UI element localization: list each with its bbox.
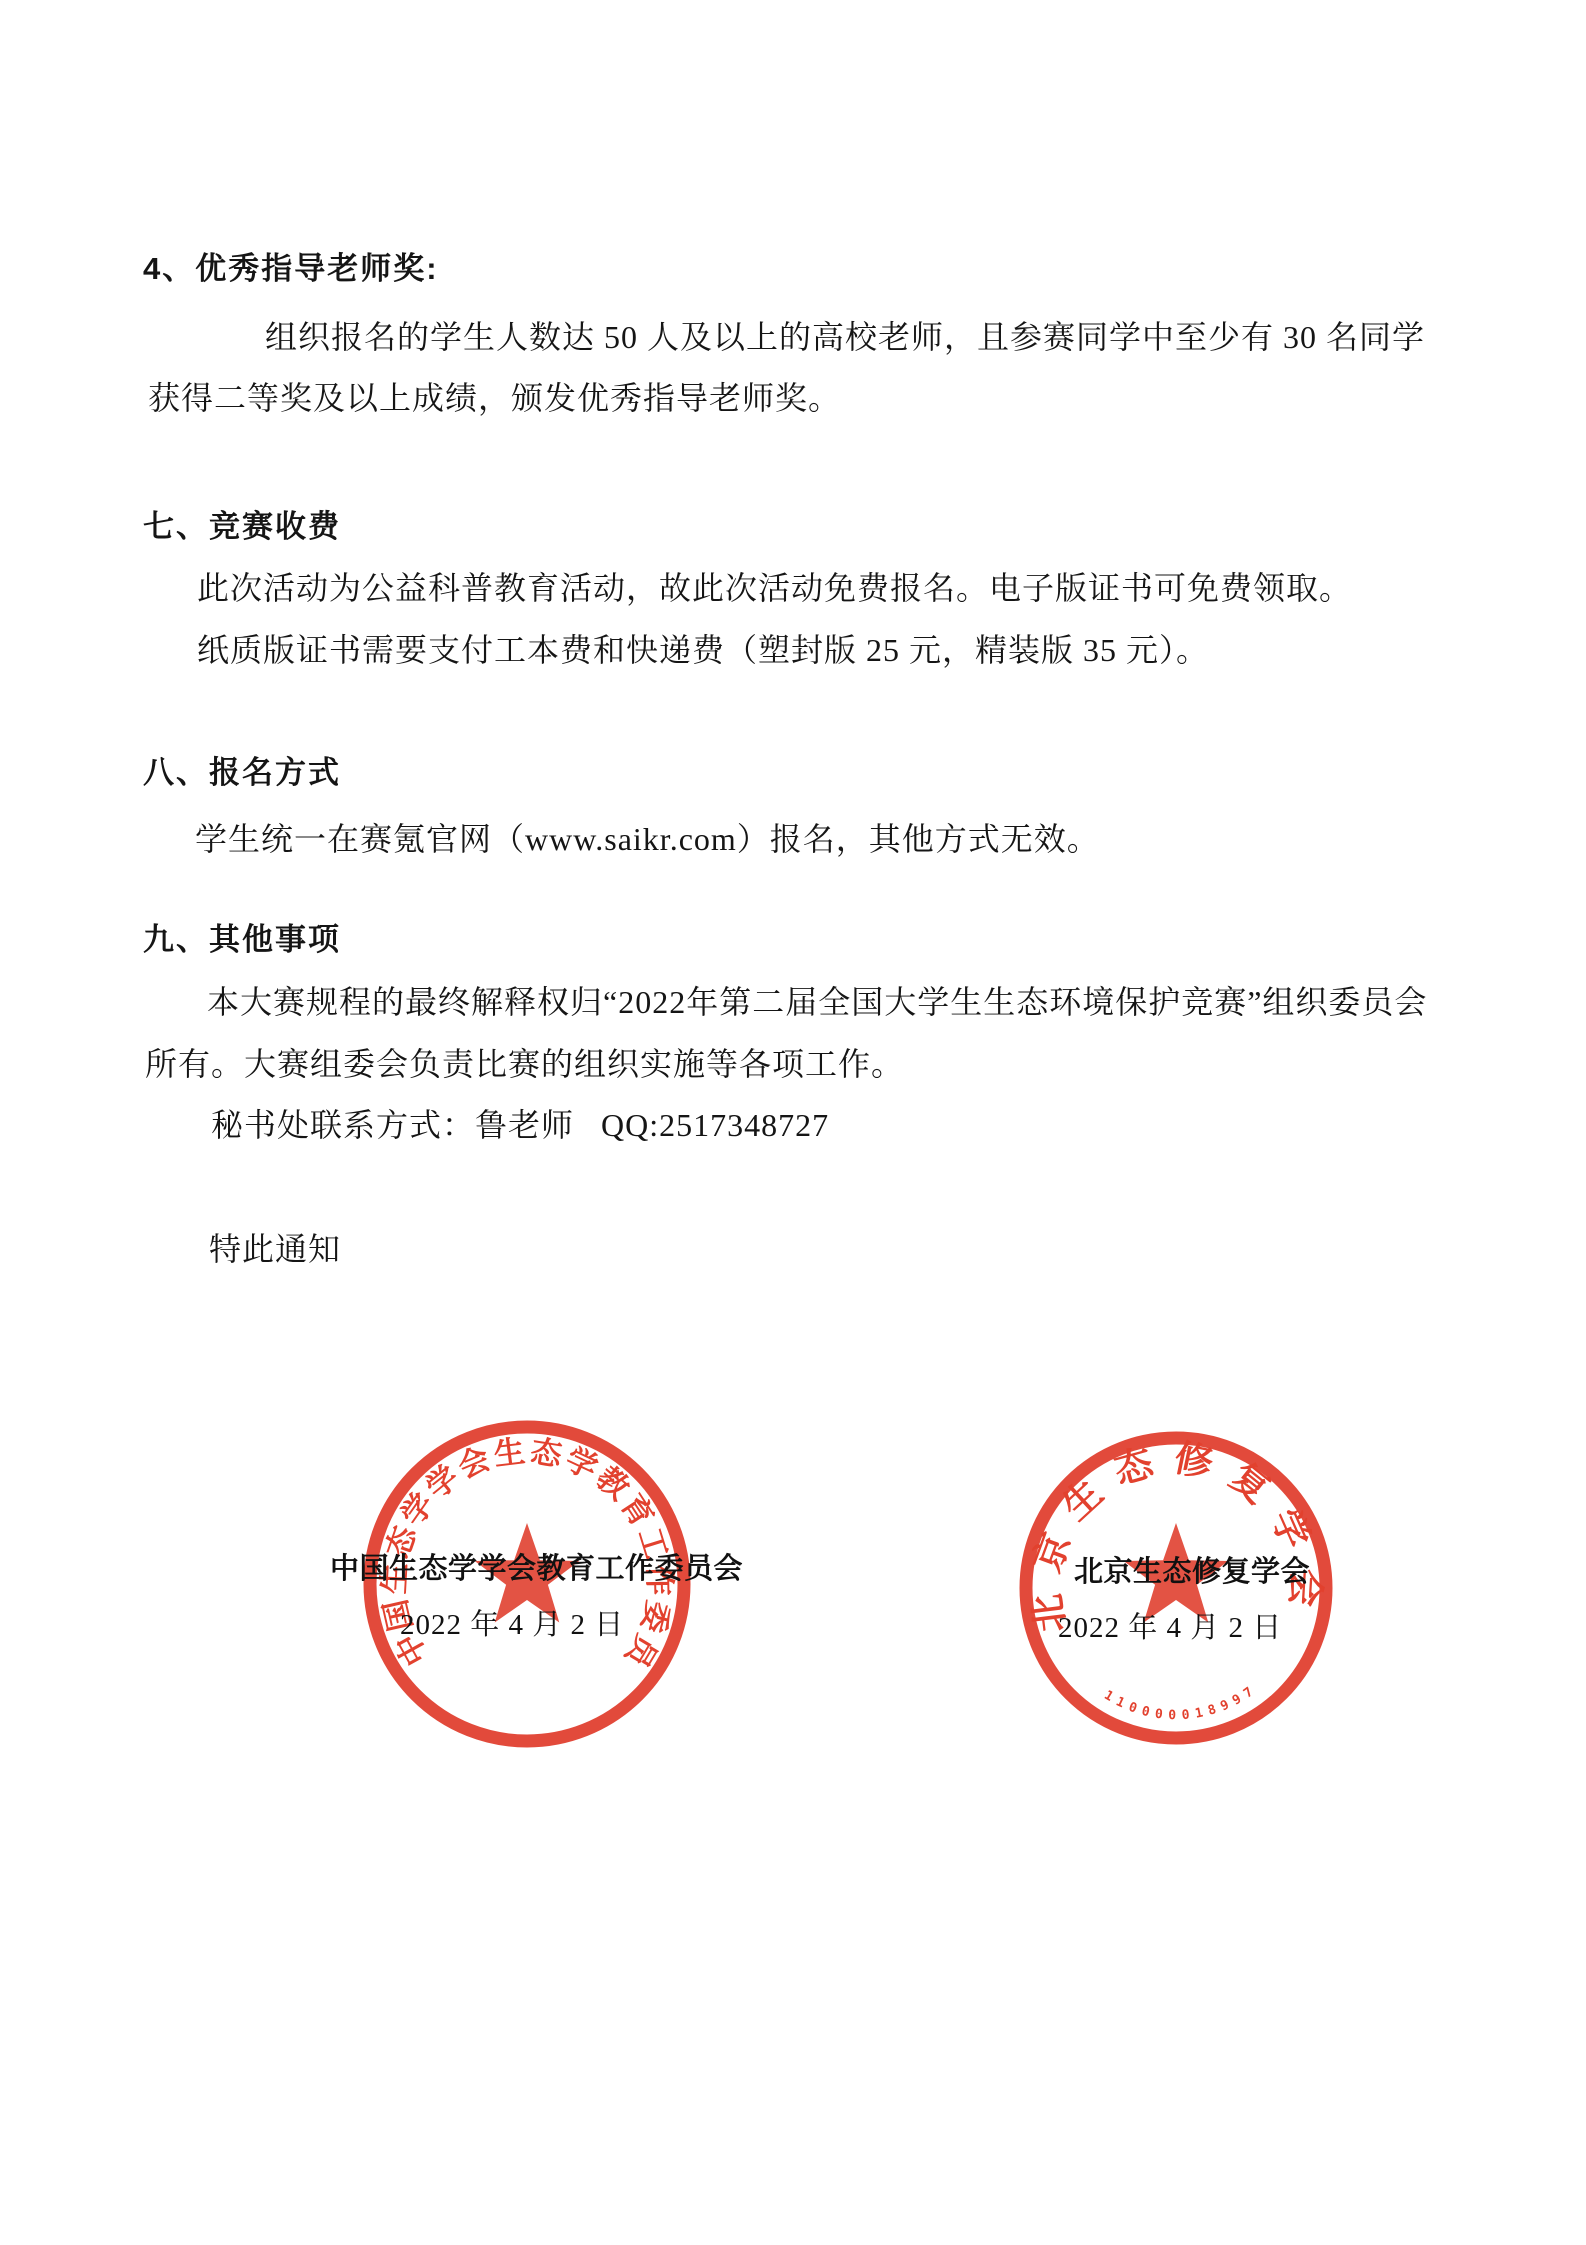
- fees-section-heading: 七、竞赛收费: [143, 510, 341, 544]
- fees-paragraph-line1: 此次活动为公益科普教育活动，故此次活动免费报名。电子版证书可免费领取。: [197, 571, 1352, 606]
- other-paragraph-line2: 所有。大赛组委会负责比赛的组织实施等各项工作。: [145, 1047, 904, 1082]
- award-paragraph-line2: 获得二等奖及以上成绩，颁发优秀指导老师奖。: [148, 381, 841, 416]
- right-signer-org-name: 北京生态修复学会: [1074, 1549, 1310, 1590]
- left-signer-date: 2022 年 4 月 2 日: [400, 1602, 624, 1643]
- award-paragraph-line1: 组织报名的学生人数达 50 人及以上的高校老师，且参赛同学中至少有 30 名同学: [265, 320, 1425, 355]
- document-page: 4、优秀指导老师奖: 组织报名的学生人数达 50 人及以上的高校老师，且参赛同学…: [0, 0, 1586, 2245]
- notice-closing-line: 特此通知: [209, 1232, 341, 1267]
- registration-section-heading: 八、报名方式: [143, 756, 341, 790]
- left-signer-org-name: 中国生态学学会教育工作委员会: [330, 1546, 743, 1587]
- secretariat-contact-line: 秘书处联系方式：鲁老师 QQ:2517348727: [211, 1108, 829, 1143]
- other-paragraph-line1: 本大赛规程的最终解释权归“2022年第二届全国大学生生态环境保护竞赛”组织委员会: [207, 985, 1427, 1020]
- registration-paragraph-line1: 学生统一在赛氪官网（www.saikr.com）报名，其他方式无效。: [195, 822, 1100, 857]
- right-signer-date: 2022 年 4 月 2 日: [1058, 1605, 1282, 1646]
- award-section-heading: 4、优秀指导老师奖:: [143, 252, 439, 286]
- fees-paragraph-line2: 纸质版证书需要支付工本费和快递费（塑封版 25 元，精装版 35 元）。: [197, 633, 1209, 668]
- other-section-heading: 九、其他事项: [143, 923, 341, 957]
